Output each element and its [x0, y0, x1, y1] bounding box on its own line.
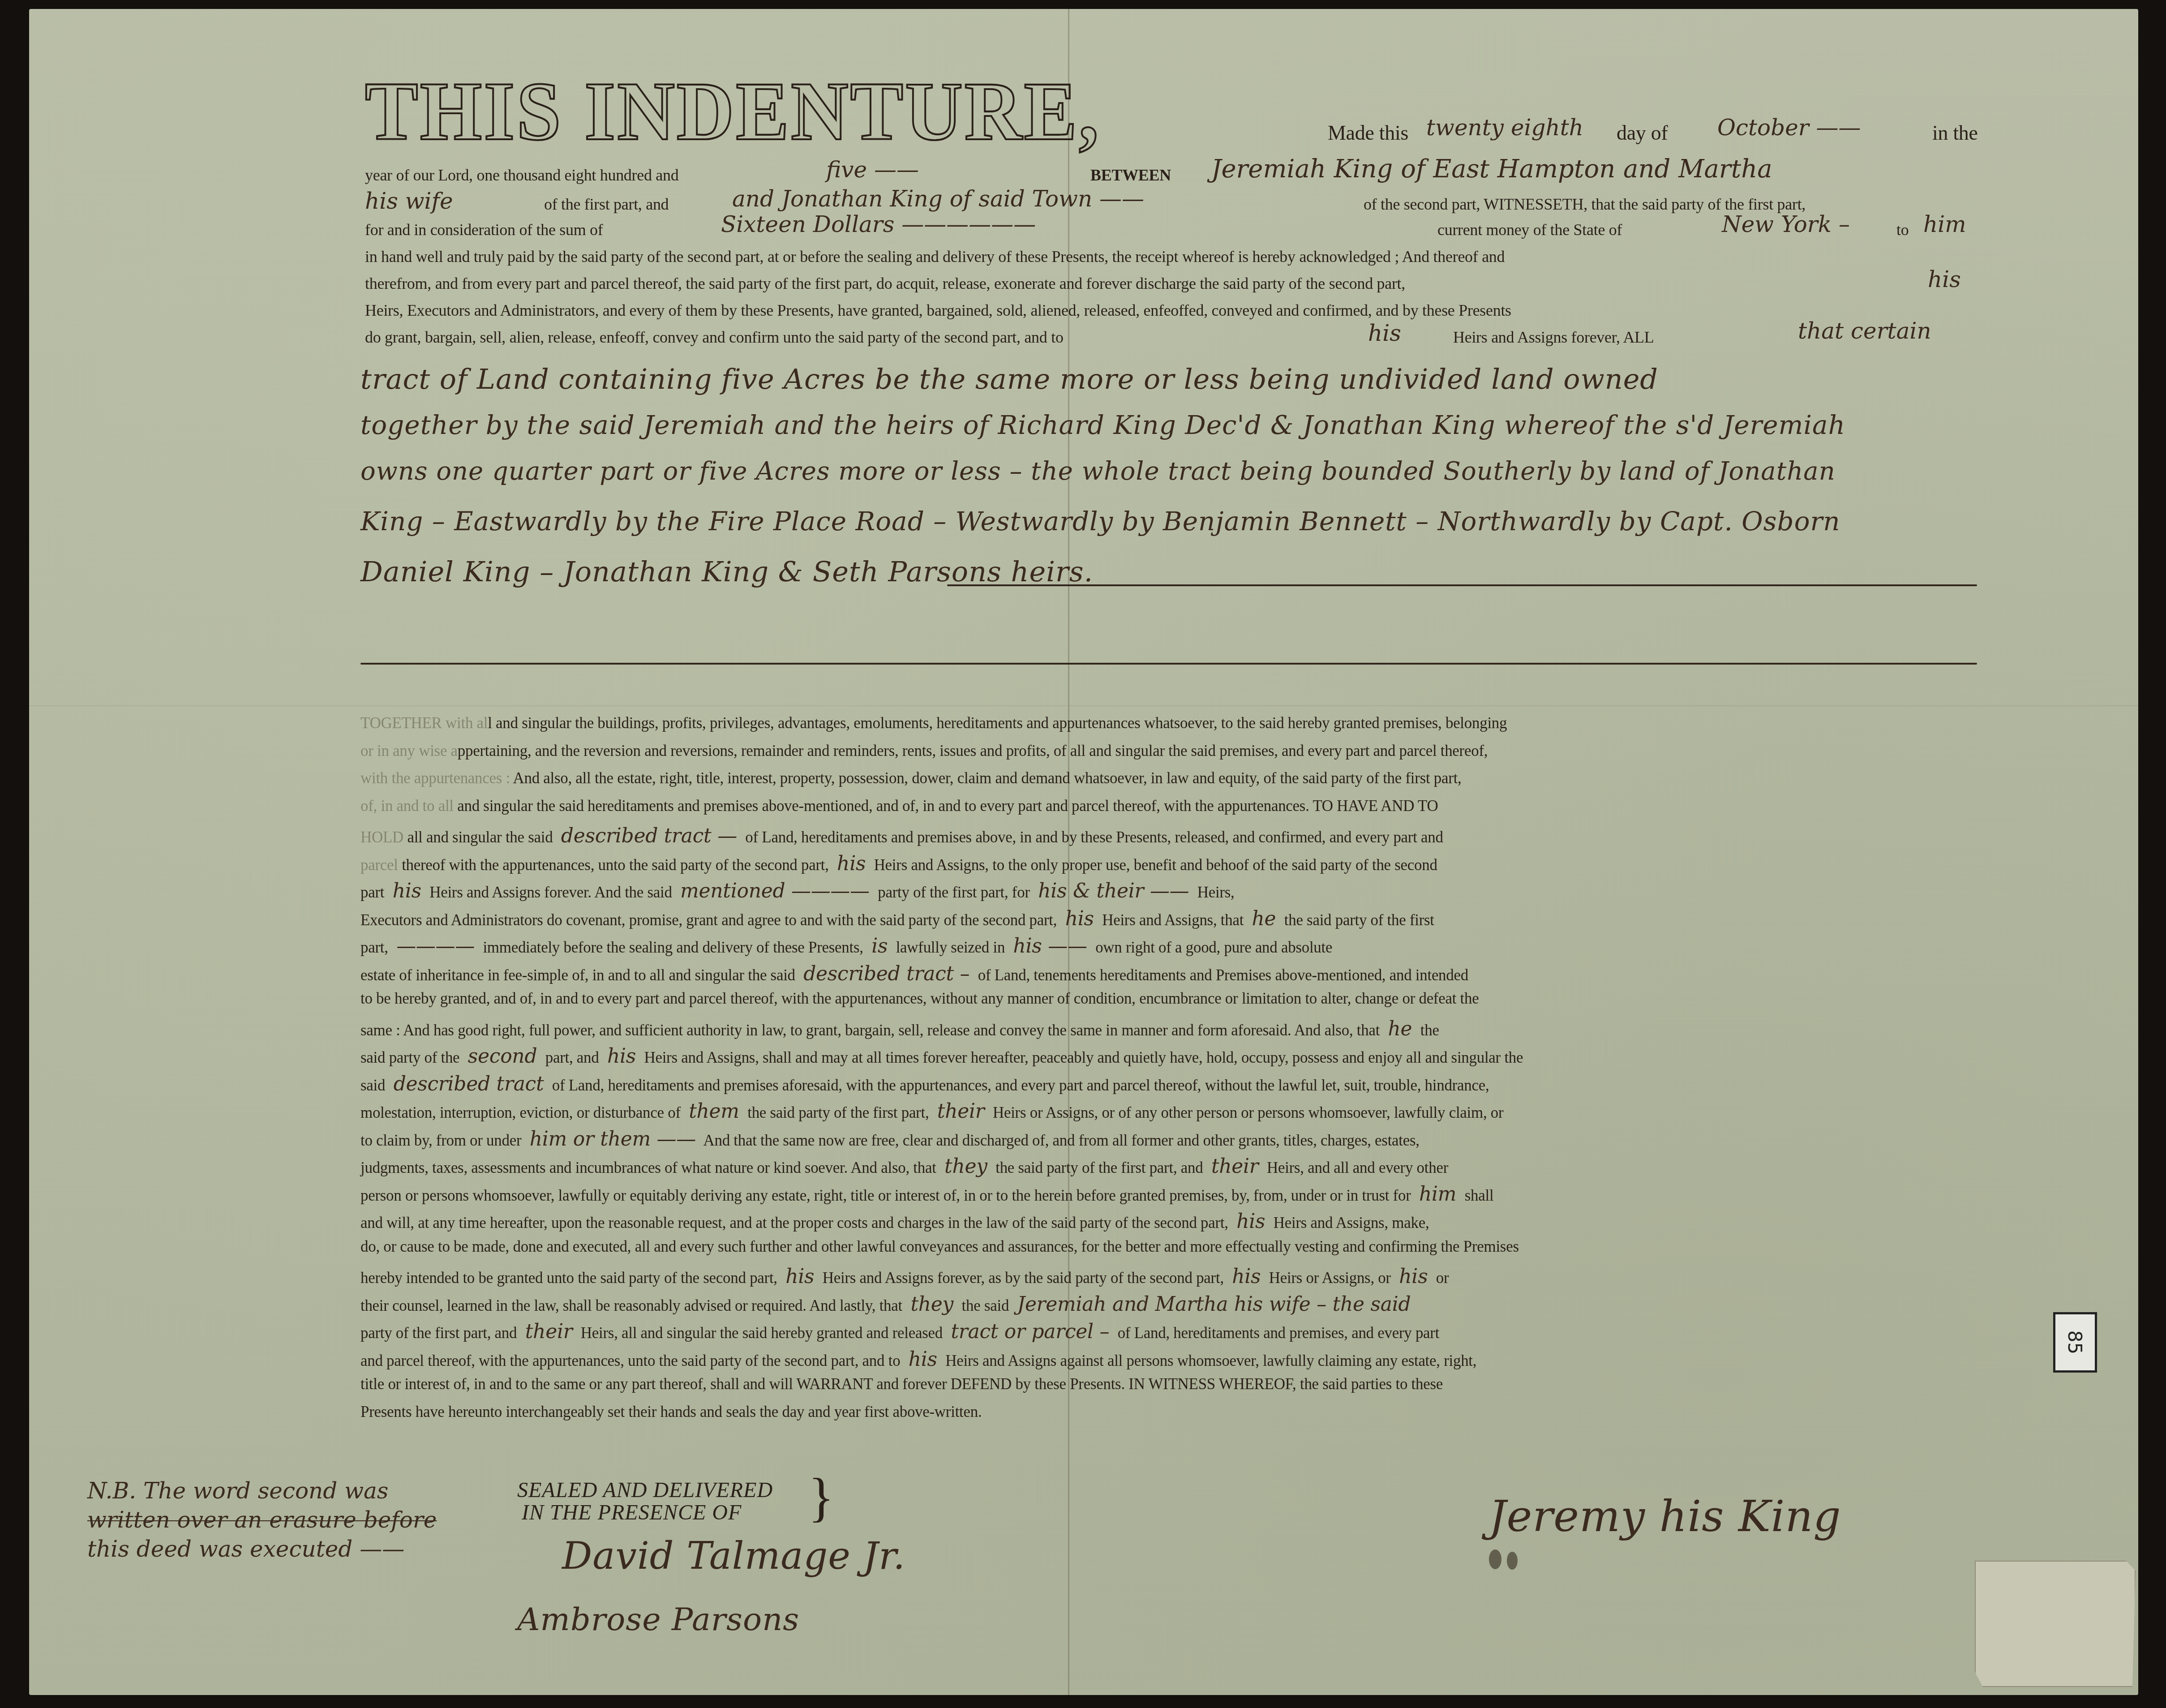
body-text-line: and will, at any time hereafter, upon th… — [360, 1210, 1977, 1233]
print-text: the said party of the first part, — [744, 1104, 933, 1121]
handwritten-fill: his —— — [1013, 935, 1087, 957]
body-text-line: TOGETHER with all and singular the build… — [360, 714, 1977, 732]
print-text: title or interest of, in and to the same… — [360, 1375, 1443, 1393]
print-text: and singular the said hereditaments and … — [454, 797, 1438, 815]
print-text: hereby intended to be granted unto the s… — [360, 1269, 781, 1287]
print-text: of Land, tenements hereditaments and Pre… — [974, 966, 1468, 984]
handwritten-fill: them — [689, 1100, 739, 1123]
print-text: part, — [360, 939, 392, 956]
print-text: part, and — [541, 1049, 603, 1066]
print-text: of Land, hereditaments and premises abov… — [742, 828, 1443, 846]
faded-print-text: HOLD — [360, 828, 403, 846]
page-number-tag: 85 — [2053, 1312, 2097, 1373]
print-text: therefrom, and from every part and parce… — [365, 274, 1405, 293]
print-text: person or persons whomsoever, lawfully o… — [360, 1187, 1415, 1204]
body-text-line: parcel thereof with the appurtenances, u… — [360, 852, 1977, 875]
witness-signature: David Talmage Jr. — [562, 1534, 905, 1578]
print-text: said — [360, 1077, 389, 1094]
print-text: Heirs, and all and every other — [1263, 1159, 1448, 1176]
property-description-line: owns one quarter part or five Acres more… — [360, 457, 1836, 486]
print-text: of the first part, and — [544, 195, 669, 214]
body-text-line: do, or cause to be made, done and execut… — [360, 1238, 1977, 1256]
margin-note-line: this deed was executed —— — [87, 1536, 404, 1562]
print-text: Presents have hereunto interchangeably s… — [360, 1403, 982, 1420]
body-text-line: estate of inheritance in fee-simple of, … — [360, 962, 1977, 985]
fold-crease-horizontal — [29, 705, 2138, 706]
print-text: lawfully seized in — [892, 939, 1008, 956]
print-text: in the — [1932, 121, 1978, 145]
print-text: do, or cause to be made, done and execut… — [360, 1238, 1519, 1255]
handwritten-date: twenty eighth — [1426, 115, 1583, 141]
print-text: molestation, interruption, eviction, or … — [360, 1104, 684, 1121]
body-text-line: molestation, interruption, eviction, or … — [360, 1100, 1977, 1123]
handwritten-state: New York – — [1722, 211, 1850, 237]
body-text-line: to claim by, from or under him or them —… — [360, 1128, 1977, 1150]
print-text: Heirs, — [1193, 884, 1234, 901]
print-text: Heirs or Assigns, or — [1265, 1269, 1394, 1287]
print-text: do grant, bargain, sell, alien, release,… — [365, 328, 1064, 347]
print-text: immediately before the sealing and deliv… — [479, 939, 867, 956]
handwritten-fill: his — [607, 1045, 636, 1068]
body-text-line: party of the first part, and their Heirs… — [360, 1320, 1977, 1343]
witness-signature: Ambrose Parsons — [517, 1601, 799, 1638]
handwritten-grantee: and Jonathan King of said Town —— — [732, 186, 1144, 212]
print-text: to claim by, from or under — [360, 1132, 525, 1149]
print-text: Heirs, all and singular the said hereby … — [577, 1324, 946, 1342]
print-text: party of the first part, and — [360, 1324, 521, 1342]
print-text: of the second part, WITNESSETH, that the… — [1364, 195, 1806, 214]
print-text: Heirs and Assigns forever, ALL — [1453, 328, 1654, 347]
page-number: 85 — [2064, 1330, 2086, 1354]
handwritten-fill: he — [1252, 907, 1276, 930]
faded-print-text: or in any wise a — [360, 742, 458, 760]
handwritten-fill: their — [525, 1320, 573, 1343]
handwritten-fill: Jeremiah and Martha his wife – the said — [1017, 1293, 1411, 1316]
handwritten-fill: second — [468, 1045, 537, 1068]
print-text: Heirs or Assigns, or of any other person… — [989, 1104, 1503, 1121]
body-text-line: Presents have hereunto interchangeably s… — [360, 1403, 1977, 1421]
faded-print-text: parcel — [360, 856, 398, 874]
body-text-line: their counsel, learned in the law, shall… — [360, 1293, 1977, 1316]
faded-print-text: with the appurtenances : — [360, 769, 510, 787]
handwritten-month: October —— — [1717, 115, 1861, 141]
print-text: of Land, hereditaments and premises, and… — [1114, 1324, 1439, 1342]
print-text: Heirs and Assigns, to the only proper us… — [870, 856, 1437, 874]
print-text: own right of a good, pure and absolute — [1092, 939, 1332, 956]
handwritten-text: that certain — [1798, 318, 1931, 344]
property-description-line: King – Eastwardly by the Fire Place Road… — [360, 506, 1840, 536]
print-text: And that the same now are free, clear an… — [700, 1132, 1420, 1149]
handwritten-fill: his & their —— — [1038, 880, 1189, 902]
handwritten-text: his — [1928, 266, 1961, 292]
print-text: estate of inheritance in fee-simple of, … — [360, 966, 799, 984]
print-text: the said party of the first part, and — [992, 1159, 1207, 1176]
handwritten-grantor: Jeremiah King of East Hampton and Martha — [1211, 154, 1772, 184]
handwritten-fill: his — [837, 852, 866, 875]
handwritten-fill: they — [910, 1293, 953, 1316]
print-text: judgments, taxes, assessments and incumb… — [360, 1159, 940, 1176]
presence-of-label: IN THE PRESENCE OF — [522, 1500, 742, 1525]
handwritten-fill: his — [1232, 1265, 1261, 1288]
sealed-delivered-label: SEALED AND DELIVERED — [517, 1478, 773, 1502]
print-text: of Land, hereditaments and premises afor… — [548, 1077, 1489, 1094]
print-text: to — [1896, 220, 1909, 239]
print-text: the — [1416, 1021, 1439, 1039]
print-text: BETWEEN — [1090, 166, 1171, 185]
body-text-line: said party of the second part, and his H… — [360, 1045, 1977, 1068]
body-text-line: hereby intended to be granted unto the s… — [360, 1265, 1977, 1288]
handwritten-fill: their — [937, 1100, 985, 1123]
print-text: to be hereby granted, and of, in and to … — [360, 990, 1479, 1007]
handwritten-fill: him or them —— — [530, 1128, 696, 1150]
handwritten-consideration: Sixteen Dollars —————— — [721, 211, 1036, 237]
property-description-line: together by the said Jeremiah and the he… — [360, 410, 1845, 440]
handwritten-fill: his — [1399, 1265, 1428, 1288]
body-text-line: with the appurtenances : And also, all t… — [360, 769, 1977, 787]
print-text: or — [1432, 1269, 1449, 1287]
print-text: shall — [1461, 1187, 1493, 1204]
handwritten-fill: his — [393, 880, 421, 902]
print-text: Heirs and Assigns, shall and may at all … — [640, 1049, 1523, 1066]
handwritten-fill: described tract — [394, 1073, 544, 1095]
fill-line — [947, 584, 1977, 586]
handwritten-fill: described tract — — [561, 824, 737, 847]
handwritten-fill: his — [909, 1348, 937, 1371]
print-text: ppertaining, and the reversion and rever… — [458, 742, 1488, 760]
print-text: all and singular the said — [403, 828, 557, 846]
print-text: the said party of the first — [1280, 911, 1434, 929]
handwritten-text: him — [1923, 211, 1966, 237]
print-text: same : And has good right, full power, a… — [360, 1021, 1384, 1039]
print-text: the said — [958, 1297, 1012, 1314]
grantor-mark — [1489, 1549, 1501, 1569]
body-text-line: or in any wise appertaining, and the rev… — [360, 742, 1977, 760]
print-text: current money of the State of — [1437, 220, 1622, 239]
document-title: THIS INDENTURE, — [365, 63, 1101, 159]
handwritten-fill: mentioned ———— — [680, 880, 870, 902]
faded-print-text: TOGETHER with al — [360, 714, 488, 732]
print-text: and parcel thereof, with the appurtenanc… — [360, 1352, 904, 1369]
print-text: Heirs and Assigns, that — [1098, 911, 1248, 929]
property-description-line: tract of Land containing five Acres be t… — [360, 363, 1658, 395]
print-text: Heirs, Executors and Administrators, and… — [365, 301, 1511, 320]
handwritten-fill: their — [1211, 1155, 1259, 1178]
print-text: day of — [1617, 121, 1668, 145]
grantor-mark — [1507, 1552, 1518, 1570]
print-text: year of our Lord, one thousand eight hun… — [365, 166, 678, 185]
print-text: Heirs and Assigns against all persons wh… — [942, 1352, 1476, 1369]
print-text: thereof with the appurtenances, unto the… — [398, 856, 832, 874]
section-rule — [360, 663, 1977, 665]
body-text-line: person or persons whomsoever, lawfully o… — [360, 1183, 1977, 1206]
handwritten-fill: his — [1065, 907, 1094, 930]
print-text: and will, at any time hereafter, upon th… — [360, 1214, 1232, 1232]
handwritten-fill: ———— — [396, 935, 475, 957]
margin-note-line: written over an erasure before — [87, 1507, 437, 1533]
print-text: part — [360, 884, 388, 901]
body-text-line: part, ———— immediately before the sealin… — [360, 935, 1977, 957]
body-text-line: part his Heirs and Assigns forever. And … — [360, 880, 1977, 902]
faded-print-text: of, in and to all — [360, 797, 454, 815]
print-text: Heirs and Assigns forever. And the said — [426, 884, 676, 901]
handwritten-fill: is — [871, 935, 888, 957]
handwritten-fill: him — [1419, 1183, 1456, 1206]
print-text: Heirs and Assigns forever, as by the sai… — [819, 1269, 1227, 1287]
print-text: in hand well and truly paid by the said … — [365, 247, 1505, 266]
handwritten-fill: his — [785, 1265, 814, 1288]
body-text-line: Executors and Administrators do covenant… — [360, 907, 1977, 930]
print-text: And also, all the estate, right, title, … — [510, 769, 1462, 787]
print-text: for and in consideration of the sum of — [365, 220, 603, 239]
print-text: Made this — [1328, 121, 1408, 145]
body-text-line: same : And has good right, full power, a… — [360, 1017, 1977, 1040]
body-text-line: to be hereby granted, and of, in and to … — [360, 990, 1977, 1008]
print-text: said party of the — [360, 1049, 463, 1066]
print-text: Heirs and Assigns, make, — [1270, 1214, 1429, 1232]
print-text: l and singular the buildings, profits, p… — [488, 714, 1507, 732]
body-text-line: judgments, taxes, assessments and incumb… — [360, 1155, 1977, 1178]
margin-note-line: N.B. The word second was — [87, 1478, 388, 1504]
grantor-signature: Jeremy his King — [1489, 1491, 1841, 1541]
handwritten-text: his — [1368, 320, 1401, 346]
print-text: Executors and Administrators do covenant… — [360, 911, 1061, 929]
body-text-line: HOLD all and singular the said described… — [360, 824, 1977, 847]
handwritten-year: five —— — [826, 157, 919, 183]
seal-paper-patch — [1975, 1561, 2136, 1687]
deed-paper: THIS INDENTURE, Made this twenty eighth … — [29, 9, 2138, 1695]
print-text: party of the first part, for — [874, 884, 1034, 901]
body-text-line: and parcel thereof, with the appurtenanc… — [360, 1348, 1977, 1371]
handwritten-fill: tract or parcel – — [951, 1320, 1109, 1343]
body-text-line: of, in and to all and singular the said … — [360, 797, 1977, 815]
handwritten-fill: he — [1388, 1017, 1412, 1040]
brace-glyph: } — [808, 1467, 834, 1528]
body-text-line: title or interest of, in and to the same… — [360, 1375, 1977, 1393]
print-text: their counsel, learned in the law, shall… — [360, 1297, 906, 1314]
handwritten-fill: his — [1236, 1210, 1265, 1233]
handwritten-fill: they — [944, 1155, 987, 1178]
handwritten-fill: described tract – — [803, 962, 969, 985]
property-description-line: Daniel King – Jonathan King & Seth Parso… — [360, 555, 1093, 588]
body-text-line: said described tract of Land, hereditame… — [360, 1073, 1977, 1095]
handwritten-text: his wife — [365, 188, 453, 214]
